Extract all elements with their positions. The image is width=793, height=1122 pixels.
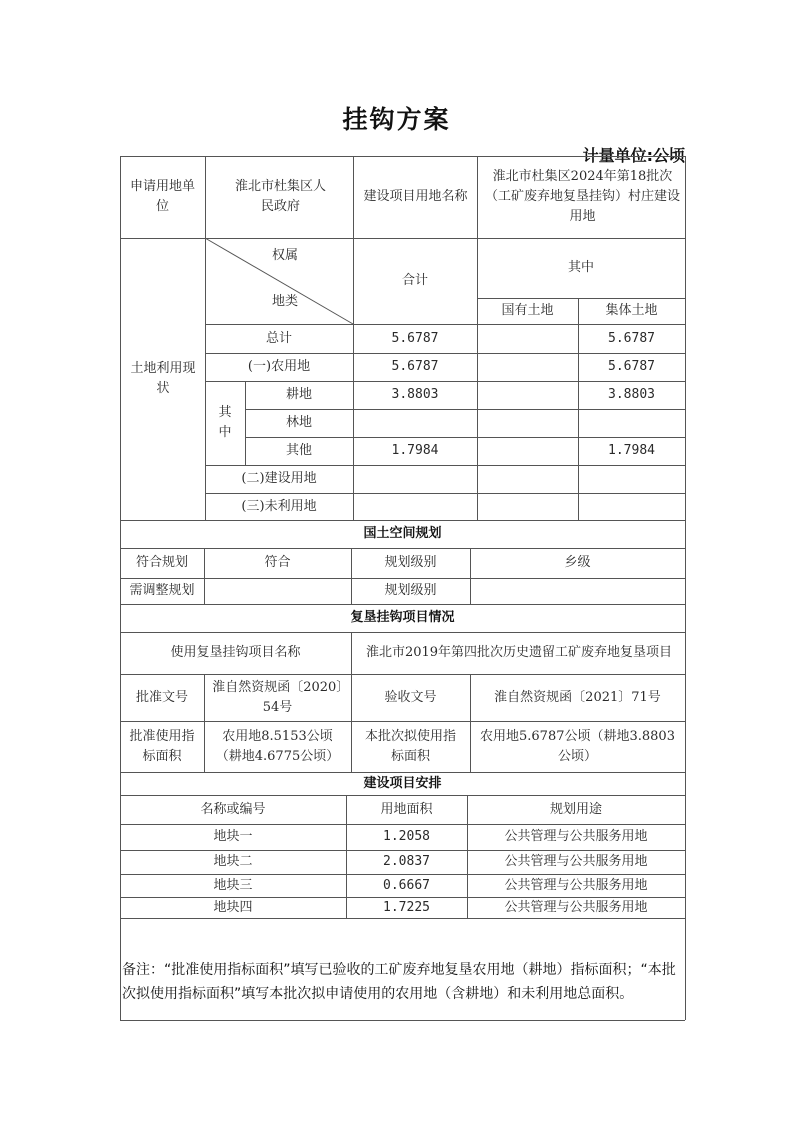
unused-land-sum xyxy=(353,493,477,520)
reclamation-project-name-value: 淮北市2019年第四批次历史遗留工矿废弃地复垦项目 xyxy=(353,632,685,674)
planning-adjust-value xyxy=(204,578,351,604)
of-which-label: 其中 xyxy=(205,381,245,465)
parcel-name: 地块二 xyxy=(120,850,346,874)
planned-area-value: 农用地5.6787公顷（耕地3.8803公顷） xyxy=(476,721,679,772)
project-value: 淮北市杜集区2024年第18批次（工矿废弃地复垦挂钩）村庄建设用地 xyxy=(480,156,685,238)
planning-section-title: 国土空间规划 xyxy=(120,520,685,548)
construction-section-title: 建设项目安排 xyxy=(120,772,685,795)
parcel-name: 地块一 xyxy=(120,824,346,850)
col-state-header: 国有土地 xyxy=(477,298,578,324)
col-header-name: 名称或编号 xyxy=(120,795,346,824)
diag-header-landtype: 地类 xyxy=(255,290,315,314)
other-sum: 1.7984 xyxy=(353,437,477,465)
row-label-other: 其他 xyxy=(245,437,353,465)
unused-land-collective xyxy=(578,493,685,520)
approval-no-value: 淮自然资规函〔2020〕54号 xyxy=(206,674,349,721)
row-label-cultivated: 耕地 xyxy=(245,381,353,409)
applicant-value: 淮北市杜集区人民政府 xyxy=(228,156,333,238)
approval-no-label: 批准文号 xyxy=(120,674,204,721)
agricultural-state xyxy=(477,353,578,381)
unused-land-state xyxy=(477,493,578,520)
planning-adjust-label: 需调整规划 xyxy=(120,578,204,604)
approved-area-value: 农用地8.5153公顷（耕地4.6775公顷） xyxy=(206,721,349,772)
acceptance-no-value: 淮自然资规函〔2021〕71号 xyxy=(470,674,685,721)
remarks-note: 备注：“批准使用指标面积”填写已验收的工矿废弃地复垦农用地（耕地）指标面积；“本… xyxy=(122,958,682,1006)
cultivated-sum: 3.8803 xyxy=(353,381,477,409)
applicant-label: 申请用地单位 xyxy=(120,156,205,238)
other-state xyxy=(477,437,578,465)
cultivated-state xyxy=(477,381,578,409)
forest-sum xyxy=(353,409,477,437)
reclamation-section-title: 复垦挂钩项目情况 xyxy=(120,604,685,632)
project-label: 建设项目用地名称 xyxy=(358,156,473,238)
planned-area-label: 本批次拟使用指标面积 xyxy=(355,721,466,772)
planning-adjust-level-label: 规划级别 xyxy=(351,578,470,604)
total-state xyxy=(477,324,578,353)
agricultural-sum: 5.6787 xyxy=(353,353,477,381)
parcel-use: 公共管理与公共服务用地 xyxy=(467,824,685,850)
parcel-use: 公共管理与公共服务用地 xyxy=(467,850,685,874)
col-of-which-header: 其中 xyxy=(477,238,685,298)
row-label-unused-land: (三)未利用地 xyxy=(205,493,353,520)
forest-collective xyxy=(578,409,685,437)
col-total-header: 合计 xyxy=(353,238,477,324)
parcel-area: 1.7225 xyxy=(346,897,467,918)
planning-level-value: 乡级 xyxy=(470,548,685,578)
parcel-area: 2.0837 xyxy=(346,850,467,874)
total-collective: 5.6787 xyxy=(578,324,685,353)
land-use-section-label: 土地利用现状 xyxy=(122,238,204,520)
other-collective: 1.7984 xyxy=(578,437,685,465)
planning-compliant-label: 符合规划 xyxy=(120,548,204,578)
parcel-area: 1.2058 xyxy=(346,824,467,850)
row-label-agricultural: (一)农用地 xyxy=(205,353,353,381)
col-header-use: 规划用途 xyxy=(467,795,685,824)
reclamation-project-name-label: 使用复垦挂钩项目名称 xyxy=(120,632,351,674)
cultivated-collective: 3.8803 xyxy=(578,381,685,409)
col-collective-header: 集体土地 xyxy=(578,298,685,324)
col-header-area: 用地面积 xyxy=(346,795,467,824)
agricultural-collective: 5.6787 xyxy=(578,353,685,381)
approved-area-label: 批准使用指标面积 xyxy=(120,721,204,772)
planning-compliant-value: 符合 xyxy=(204,548,351,578)
construction-land-state xyxy=(477,465,578,493)
row-label-construction-land: (二)建设用地 xyxy=(205,465,353,493)
construction-land-collective xyxy=(578,465,685,493)
construction-land-sum xyxy=(353,465,477,493)
planning-level-label: 规划级别 xyxy=(351,548,470,578)
diag-header-ownership: 权属 xyxy=(255,244,315,268)
parcel-use: 公共管理与公共服务用地 xyxy=(467,897,685,918)
parcel-use: 公共管理与公共服务用地 xyxy=(467,874,685,897)
parcel-name: 地块四 xyxy=(120,897,346,918)
parcel-name: 地块三 xyxy=(120,874,346,897)
planning-adjust-level-value xyxy=(470,578,685,604)
acceptance-no-label: 验收文号 xyxy=(351,674,470,721)
row-label-total: 总计 xyxy=(205,324,353,353)
parcel-area: 0.6667 xyxy=(346,874,467,897)
row-label-forest: 林地 xyxy=(245,409,353,437)
total-sum: 5.6787 xyxy=(353,324,477,353)
forest-state xyxy=(477,409,578,437)
